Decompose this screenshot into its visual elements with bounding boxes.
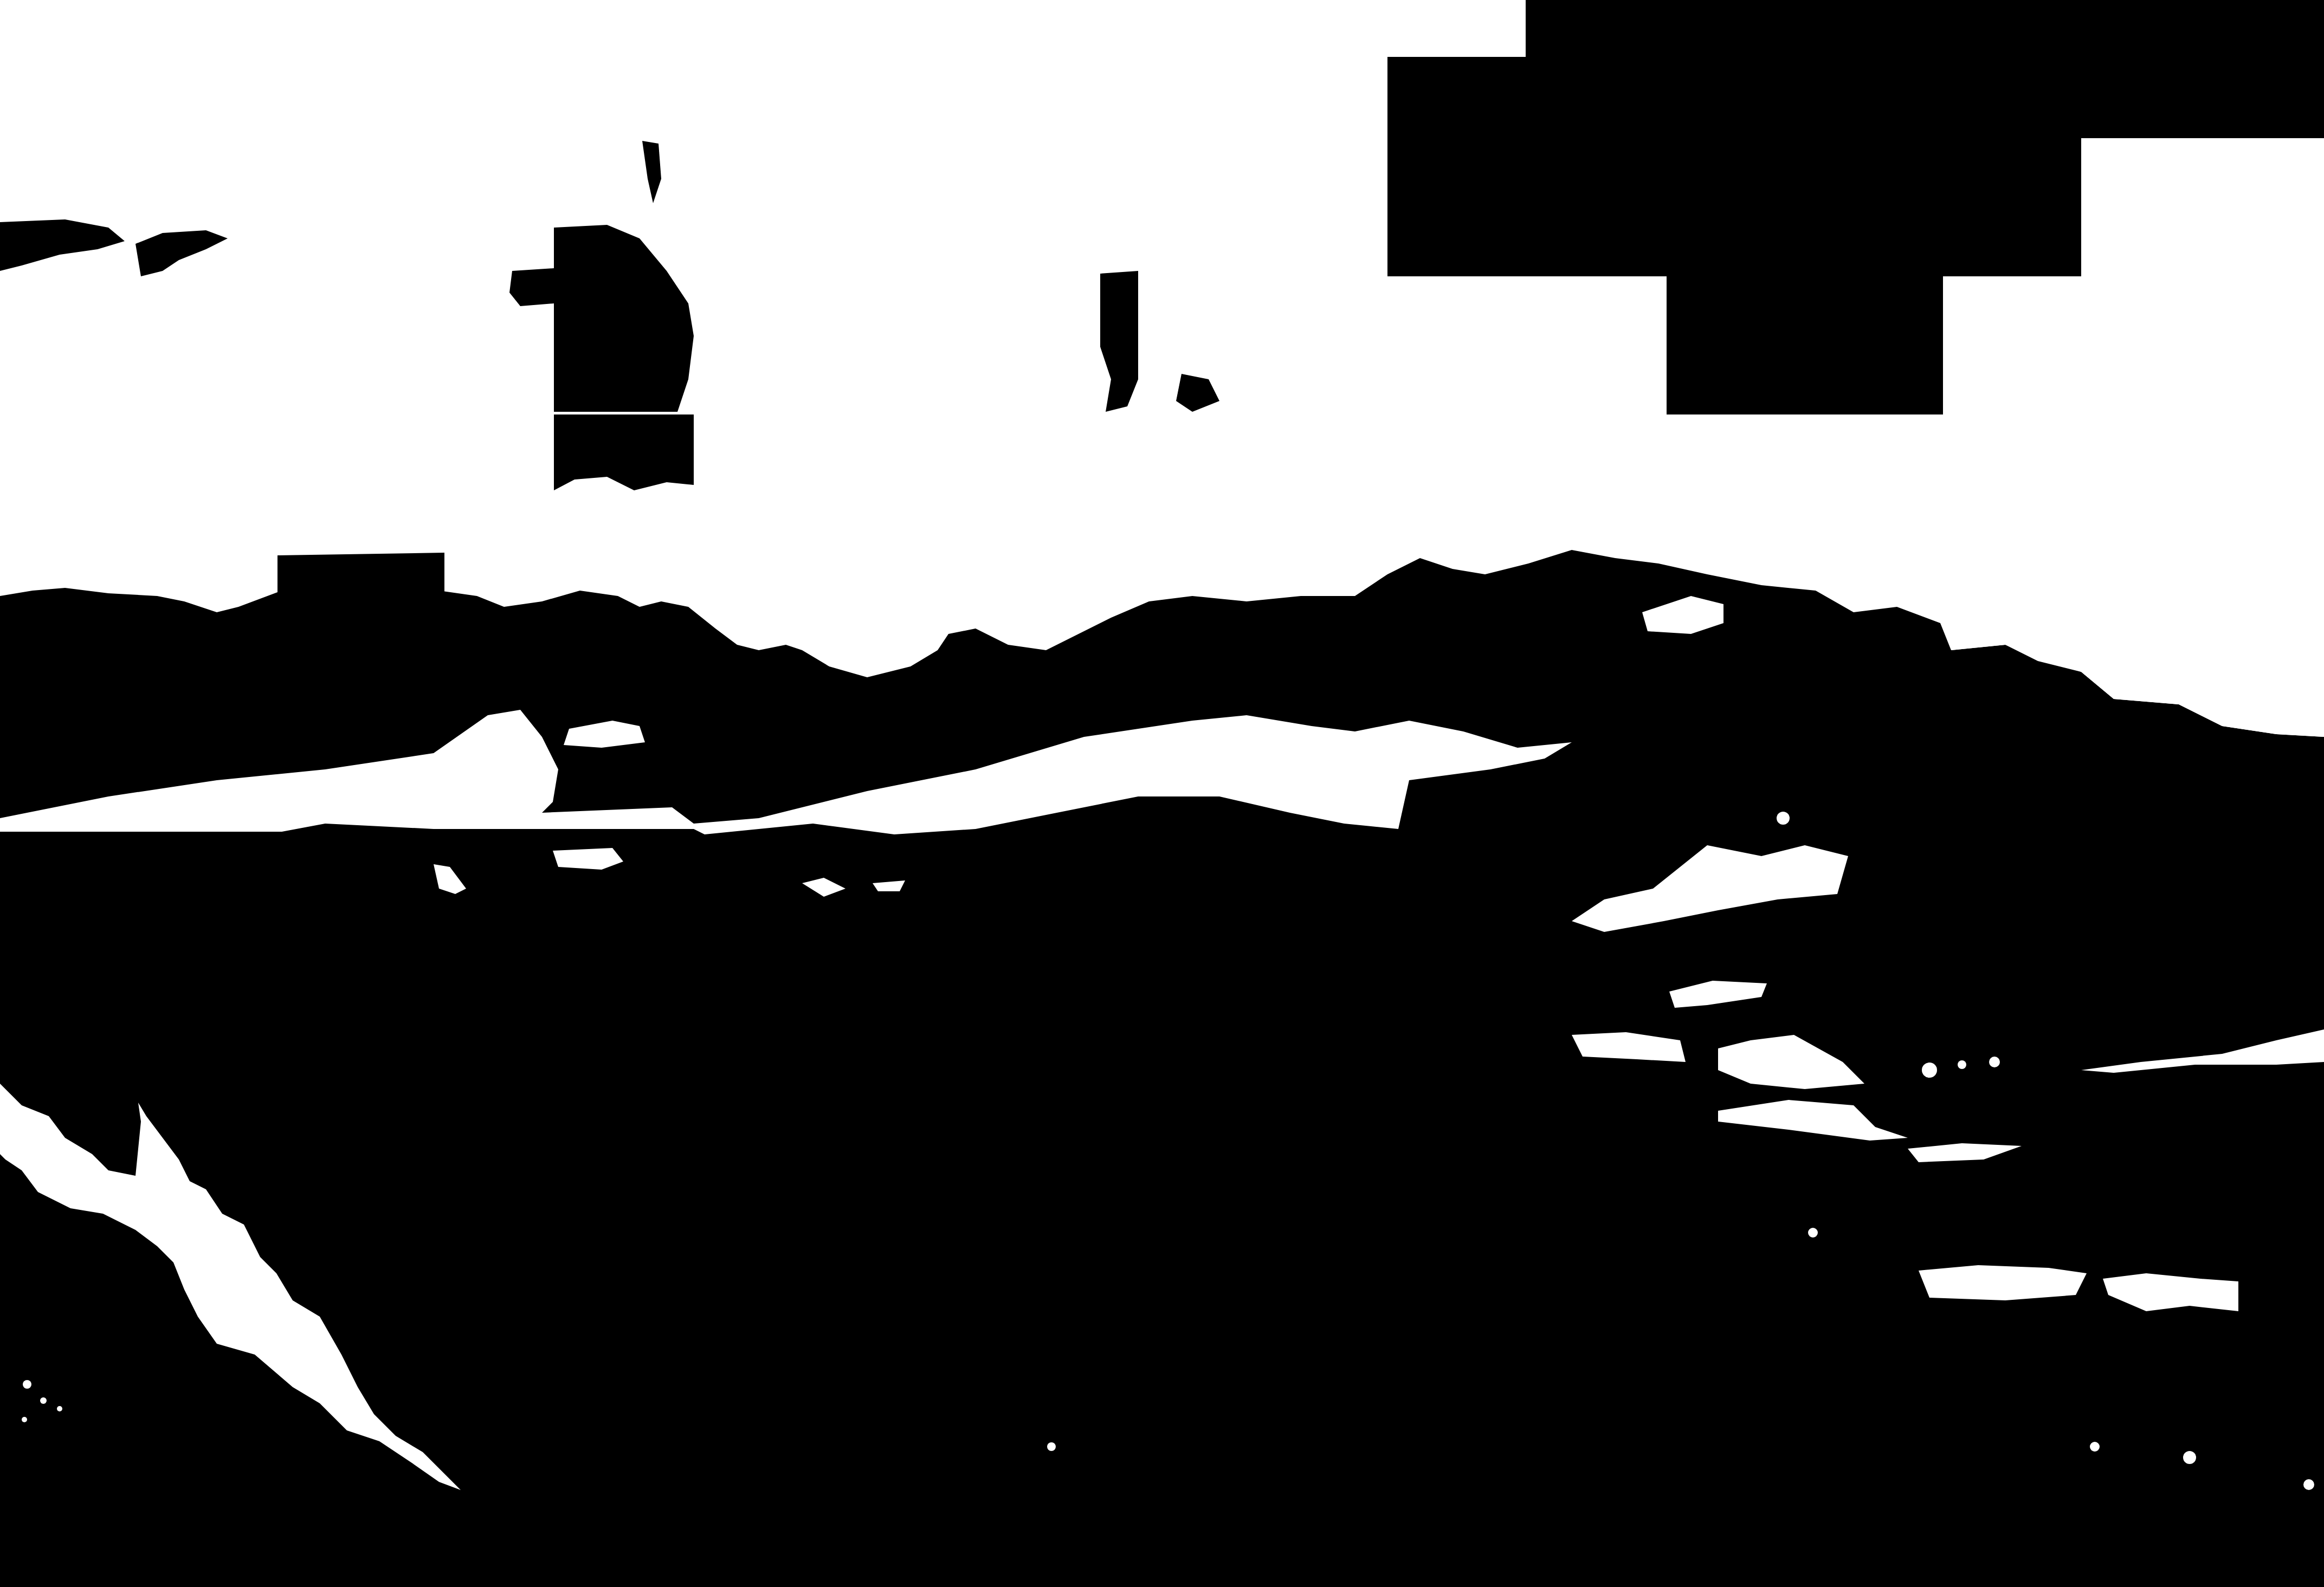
binary-mask-image: [0, 0, 2324, 1587]
